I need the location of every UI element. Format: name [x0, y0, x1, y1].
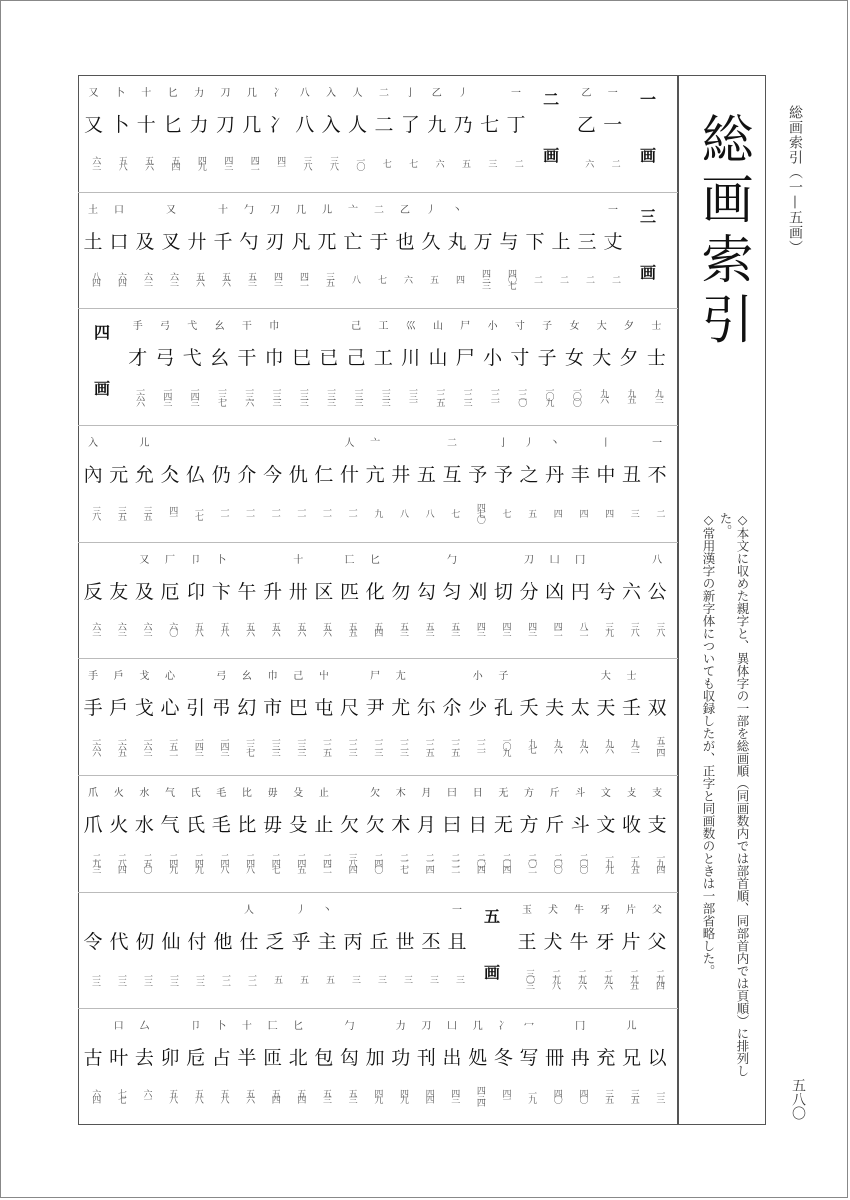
- stroke-count-heading: 一画: [626, 75, 670, 192]
- kanji-entry[interactable]: 凵出四三: [439, 1008, 465, 1125]
- kanji-entry[interactable]: 二于七: [366, 192, 392, 309]
- kanji-entry[interactable]: 丨中四: [593, 425, 619, 542]
- kanji-entry[interactable]: 刀刀四三: [212, 75, 238, 192]
- radical-label: 文: [593, 787, 619, 801]
- kanji-entry[interactable]: 口叶七七: [106, 1008, 132, 1125]
- kanji-entry[interactable]: 引一四三: [183, 658, 209, 775]
- kanji-character: 戈: [132, 696, 158, 720]
- radical-label: 丿: [450, 87, 476, 101]
- kanji-entry[interactable]: 手手一六六: [80, 658, 106, 775]
- kanji-entry[interactable]: 大大九六: [588, 308, 615, 425]
- kanji-entry[interactable]: 匕北五四: [285, 1008, 311, 1125]
- kanji-entry[interactable]: 夫九六: [542, 658, 568, 775]
- radical-label: [574, 204, 600, 218]
- page-reference: 三八: [80, 490, 106, 534]
- kanji-entry[interactable]: 女女一〇〇: [561, 308, 588, 425]
- radical-label: 屮: [311, 670, 337, 684]
- kanji-entry[interactable]: 八公三八: [644, 542, 670, 659]
- kanji-entry[interactable]: 乙也六: [392, 192, 418, 309]
- kanji-entry[interactable]: 斤斤二〇〇: [542, 775, 568, 892]
- kanji-entry[interactable]: 气气二四九: [157, 775, 183, 892]
- kanji-entry[interactable]: 匚匝五四: [260, 1008, 286, 1125]
- kanji-entry[interactable]: 六三八: [619, 542, 645, 659]
- radical-label: 殳: [285, 787, 311, 801]
- radical-label: 十: [234, 1020, 260, 1034]
- kanji-entry[interactable]: 卜占五八: [208, 1008, 234, 1125]
- kanji-character: 日: [465, 813, 491, 837]
- kanji-entry[interactable]: 比比二四八: [234, 775, 260, 892]
- kanji-character: 区: [311, 580, 337, 604]
- kanji-entry[interactable]: 己己一三三: [342, 308, 369, 425]
- kanji-character: 午: [234, 580, 260, 604]
- kanji-character: 川: [397, 346, 424, 370]
- page-reference: 六三: [80, 140, 106, 184]
- kanji-entry[interactable]: 丿久五: [418, 192, 444, 309]
- kanji-entry[interactable]: 太九六: [567, 658, 593, 775]
- kanji-entry[interactable]: 古六四: [80, 1008, 106, 1125]
- kanji-entry[interactable]: 几処四三四: [465, 1008, 491, 1125]
- kanji-entry[interactable]: 匸匹五五: [337, 542, 363, 659]
- radical-label: 一: [644, 437, 670, 451]
- kanji-entry[interactable]: 戈戈一六三: [132, 658, 158, 775]
- kanji-entry[interactable]: 干干一三六: [233, 308, 260, 425]
- kanji-entry[interactable]: 尸尸一二三: [452, 308, 479, 425]
- kanji-character: 于: [366, 230, 392, 254]
- kanji-character: 加: [362, 1046, 388, 1070]
- kanji-entry[interactable]: 儿允三五: [132, 425, 158, 542]
- kanji-entry[interactable]: 无无二〇四: [491, 775, 517, 892]
- kanji-entry[interactable]: 十千五六: [210, 192, 236, 309]
- kanji-entry[interactable]: 丙三: [340, 892, 366, 1009]
- kanji-entry[interactable]: 人什一一: [337, 425, 363, 542]
- kanji-entry[interactable]: 丰四: [567, 425, 593, 542]
- page-reference: 九五: [615, 373, 642, 417]
- kanji-character: 止: [311, 813, 337, 837]
- page-reference: 七: [397, 140, 423, 184]
- kanji-entry[interactable]: 冂円八二: [567, 542, 593, 659]
- kanji-entry[interactable]: 冂冉四〇: [567, 1008, 593, 1125]
- kanji-entry[interactable]: 十十五六: [133, 75, 159, 192]
- kanji-entry[interactable]: 介一一: [234, 425, 260, 542]
- kanji-entry[interactable]: 支支一九四: [644, 775, 670, 892]
- kanji-entry[interactable]: 冫冫四一: [265, 75, 291, 192]
- radical-label: 一: [600, 204, 626, 218]
- kanji-entry[interactable]: 牙牙二九六: [592, 892, 618, 1009]
- kanji-character: 北: [285, 1046, 311, 1070]
- kanji-entry[interactable]: 刈四三: [465, 542, 491, 659]
- radical-label: [337, 670, 363, 684]
- kanji-entry[interactable]: 又叉六三: [158, 192, 184, 309]
- kanji-entry[interactable]: 丑三: [619, 425, 645, 542]
- kanji-character: 分: [516, 580, 542, 604]
- kanji-entry[interactable]: 一丈二: [600, 192, 626, 309]
- kanji-entry[interactable]: 仌四一: [157, 425, 183, 542]
- kanji-entry[interactable]: 力功四九: [388, 1008, 414, 1125]
- kanji-entry[interactable]: 仞一三: [132, 892, 158, 1009]
- radical-label: [567, 670, 593, 684]
- kanji-entry[interactable]: 二二七: [371, 75, 397, 192]
- kanji-entry[interactable]: 廾五六: [184, 192, 210, 309]
- kanji-entry[interactable]: 刀分四三: [516, 542, 542, 659]
- kanji-entry[interactable]: 人人一〇: [344, 75, 370, 192]
- kanji-entry[interactable]: 尢尤一二三: [388, 658, 414, 775]
- radical-label: 人: [337, 437, 363, 451]
- kanji-character: 欠: [337, 813, 363, 837]
- kanji-entry[interactable]: 丿乎五: [288, 892, 314, 1009]
- kanji-entry[interactable]: 双五三四: [644, 658, 670, 775]
- kanji-character: 八: [292, 113, 318, 137]
- kanji-character: 勾: [414, 580, 440, 604]
- kanji-character: 大: [588, 346, 615, 370]
- kanji-entry[interactable]: 弓弔一四三: [208, 658, 234, 775]
- kanji-entry[interactable]: 山山一二五: [424, 308, 451, 425]
- kanji-entry[interactable]: 充三五: [593, 1008, 619, 1125]
- kanji-entry[interactable]: 反六三: [80, 542, 106, 659]
- kanji-entry[interactable]: 又又六三: [80, 75, 106, 192]
- kanji-character: 去: [132, 1046, 158, 1070]
- radical-label: 勹: [439, 554, 465, 568]
- kanji-entry[interactable]: 已一三三: [315, 308, 342, 425]
- running-head: 総画索引（一—五画）: [785, 105, 805, 255]
- kanji-entry[interactable]: 口口六四: [106, 192, 132, 309]
- kanji-entry[interactable]: 士壬九三: [619, 658, 645, 775]
- radical-label: 戶: [106, 670, 132, 684]
- kanji-entry[interactable]: 巾市一三三: [260, 658, 286, 775]
- kanji-entry[interactable]: 日日二〇四: [465, 775, 491, 892]
- kanji-entry[interactable]: 亠亡八: [340, 192, 366, 309]
- page-reference: 一三七: [206, 373, 233, 417]
- kanji-entry[interactable]: 欠三八四: [337, 775, 363, 892]
- kanji-entry[interactable]: 他一二: [210, 892, 236, 1009]
- kanji-entry[interactable]: 勹匀五三: [439, 542, 465, 659]
- kanji-entry[interactable]: 一且三: [444, 892, 470, 1009]
- kanji-entry[interactable]: 世三: [392, 892, 418, 1009]
- page-reference: 九三: [643, 373, 670, 417]
- kanji-entry[interactable]: 一丁二: [503, 75, 529, 192]
- radical-label: 十: [133, 87, 159, 101]
- kanji-entry[interactable]: 尓一二五: [414, 658, 440, 775]
- kanji-entry[interactable]: 令一三: [80, 892, 106, 1009]
- page-reference: 七: [371, 140, 397, 184]
- kanji-entry[interactable]: 欠欠二四〇: [362, 775, 388, 892]
- kanji-entry[interactable]: 八八三八: [292, 75, 318, 192]
- kanji-entry[interactable]: 幺幻一三七: [234, 658, 260, 775]
- kanji-entry[interactable]: 工工一三三: [370, 308, 397, 425]
- kanji-entry[interactable]: 亅了七: [397, 75, 423, 192]
- page-reference: 一六六: [80, 723, 106, 767]
- kanji-character: 壬: [619, 696, 645, 720]
- kanji-entry[interactable]: 人仕一二: [236, 892, 262, 1009]
- kanji-entry[interactable]: 二互七: [439, 425, 465, 542]
- page-reference: 一四三: [151, 373, 178, 417]
- kanji-entry[interactable]: 玉王三〇三: [514, 892, 540, 1009]
- kanji-entry[interactable]: 夕夕九五: [615, 308, 642, 425]
- kanji-entry[interactable]: 夭九七: [516, 658, 542, 775]
- kanji-entry[interactable]: 尺一二三: [337, 658, 363, 775]
- kanji-entry[interactable]: 一一二: [600, 75, 626, 192]
- kanji-entry[interactable]: 丕三: [418, 892, 444, 1009]
- kanji-entry[interactable]: 勾五三: [414, 542, 440, 659]
- kanji-character: 勿: [388, 580, 414, 604]
- kanji-entry[interactable]: 子子一〇九: [534, 308, 561, 425]
- kanji-entry[interactable]: 丶丸四: [444, 192, 470, 309]
- kanji-entry[interactable]: 丿之五: [516, 425, 542, 542]
- kanji-entry[interactable]: 小小一二一: [479, 308, 506, 425]
- kanji-entry[interactable]: 包五三: [311, 1008, 337, 1125]
- kanji-character: 功: [388, 1046, 414, 1070]
- kanji-entry[interactable]: 仁一一: [311, 425, 337, 542]
- kanji-character: 己: [342, 346, 369, 370]
- kanji-entry[interactable]: 入入三八: [318, 75, 344, 192]
- kanji-character: 仙: [158, 930, 184, 954]
- kanji-character: 氏: [183, 813, 209, 837]
- radical-label: 攴: [619, 787, 645, 801]
- kanji-entry[interactable]: 戶戶一六五: [106, 658, 132, 775]
- kanji-entry[interactable]: 子孔一〇九: [491, 658, 517, 775]
- kanji-entry[interactable]: 大天九六: [593, 658, 619, 775]
- kanji-entry[interactable]: 止止二四二: [311, 775, 337, 892]
- kanji-character: 殳: [285, 813, 311, 837]
- kanji-entry[interactable]: 斗斗二〇〇: [567, 775, 593, 892]
- kanji-entry[interactable]: 殳殳二四五: [285, 775, 311, 892]
- kanji-entry[interactable]: 万四三三: [470, 192, 496, 309]
- radical-label: [414, 670, 440, 684]
- kanji-entry[interactable]: 卩卮五八: [183, 1008, 209, 1125]
- kanji-entry[interactable]: 毛毛二四八: [208, 775, 234, 892]
- kanji-character: 刊: [414, 1046, 440, 1070]
- kanji-entry[interactable]: 士士九三: [643, 308, 670, 425]
- kanji-entry[interactable]: 爪爪二九三: [80, 775, 106, 892]
- kanji-entry[interactable]: 卜卞五八: [208, 542, 234, 659]
- kanji-entry[interactable]: 仍一一: [208, 425, 234, 542]
- kanji-character: 木: [388, 813, 414, 837]
- kanji-entry[interactable]: 刀刃四三: [262, 192, 288, 309]
- kanji-character: 尸: [452, 346, 479, 370]
- kanji-entry[interactable]: 付一三: [184, 892, 210, 1009]
- kanji-entry[interactable]: 片片二九五: [618, 892, 644, 1009]
- radical-label: 一: [503, 87, 529, 101]
- index-row: 双五三四士壬九三大天九六太九六夫九六夭九七子孔一〇九小少一二一尒一二五尓一二五尢…: [78, 658, 678, 775]
- kanji-entry[interactable]: 卯五八: [157, 1008, 183, 1125]
- kanji-entry[interactable]: 代一三: [106, 892, 132, 1009]
- note-line: ◇本文に収めた親字と、異体字の一部を総画順（同画数内では部首順、同部首内では頁順…: [717, 512, 751, 1092]
- radical-label: 儿: [314, 204, 340, 218]
- kanji-entry[interactable]: 友六三: [106, 542, 132, 659]
- kanji-character: 与: [496, 230, 522, 254]
- radical-label: [542, 670, 568, 684]
- kanji-entry[interactable]: 仙一三: [158, 892, 184, 1009]
- kanji-entry[interactable]: 亅予七: [491, 425, 517, 542]
- kanji-entry[interactable]: 文文一九九: [593, 775, 619, 892]
- page-reference: 五: [450, 140, 476, 184]
- kanji-entry[interactable]: 午五六: [234, 542, 260, 659]
- radical-label: 日: [465, 787, 491, 801]
- kanji-entry[interactable]: 十卅五六: [285, 542, 311, 659]
- page-title: 総画索引: [692, 112, 752, 352]
- radical-label: 巾: [261, 320, 288, 334]
- kanji-entry[interactable]: 心心一五二: [157, 658, 183, 775]
- kanji-character: 山: [424, 346, 451, 370]
- page-reference: 八四: [80, 256, 106, 300]
- radical-label: 支: [644, 787, 670, 801]
- kanji-entry[interactable]: 犬犬二九八: [540, 892, 566, 1009]
- kanji-character: 手: [80, 696, 106, 720]
- kanji-entry[interactable]: 乙九六: [424, 75, 450, 192]
- radical-label: [184, 204, 210, 218]
- kanji-character: 仌: [157, 463, 183, 487]
- kanji-character: 千: [210, 230, 236, 254]
- kanji-entry[interactable]: 区五六: [311, 542, 337, 659]
- kanji-entry[interactable]: 仇一一: [285, 425, 311, 542]
- kanji-entry[interactable]: 屮屯一二五: [311, 658, 337, 775]
- index-row: 支支一九四攴收一九五文文一九九斗斗二〇〇斤斤二〇〇方方二〇二无无二〇四日日二〇四…: [78, 775, 678, 892]
- kanji-entry[interactable]: 小少一二一: [465, 658, 491, 775]
- kanji-character: 丕: [418, 930, 444, 954]
- kanji-entry[interactable]: 父父二九四: [644, 892, 670, 1009]
- kanji-entry[interactable]: 三二: [574, 192, 600, 309]
- kanji-entry[interactable]: 己巴一三三: [285, 658, 311, 775]
- radical-label: 丶: [542, 437, 568, 451]
- kanji-entry[interactable]: 弓弓一四三: [151, 308, 178, 425]
- kanji-entry[interactable]: 几凡四二: [288, 192, 314, 309]
- kanji-entry[interactable]: 仏一七: [183, 425, 209, 542]
- kanji-entry[interactable]: 与四〇七: [496, 192, 522, 309]
- kanji-entry[interactable]: 儿兄三五: [619, 1008, 645, 1125]
- page-reference: 二九三: [80, 840, 106, 884]
- radical-label: 爪: [80, 787, 106, 801]
- kanji-entry[interactable]: 五八: [414, 425, 440, 542]
- kanji-entry[interactable]: 刀刊四四: [414, 1008, 440, 1125]
- kanji-character: 六: [619, 580, 645, 604]
- kanji-entry[interactable]: 攴收一九五: [619, 775, 645, 892]
- kanji-entry[interactable]: 丿乃五: [450, 75, 476, 192]
- kanji-character: 処: [465, 1046, 491, 1070]
- kanji-entry[interactable]: 儿兀三五: [314, 192, 340, 309]
- kanji-character: 入: [318, 113, 344, 137]
- kanji-entry[interactable]: 氏氏二四九: [183, 775, 209, 892]
- kanji-entry[interactable]: 亠亢九: [362, 425, 388, 542]
- kanji-entry[interactable]: 七三: [476, 75, 502, 192]
- kanji-character: 十: [133, 113, 159, 137]
- index-row: 士士九三夕夕九五大大九六女女一〇〇子子一〇九寸寸一二〇小小一二一尸尸一二三山山一…: [78, 308, 678, 425]
- kanji-entry[interactable]: 丶丹四: [542, 425, 568, 542]
- kanji-character: 仍: [208, 463, 234, 487]
- kanji-entry[interactable]: 卩卬五八: [183, 542, 209, 659]
- radical-label: 无: [491, 787, 517, 801]
- page-reference: 一〇: [344, 140, 370, 184]
- kanji-entry[interactable]: 丘三: [366, 892, 392, 1009]
- kanji-entry[interactable]: 十半五六: [234, 1008, 260, 1125]
- radical-label: [80, 554, 106, 568]
- kanji-entry[interactable]: 卜卜五八: [107, 75, 133, 192]
- kanji-entry[interactable]: 手才一六六: [124, 308, 151, 425]
- kanji-entry[interactable]: 水水二五〇: [132, 775, 158, 892]
- kanji-entry[interactable]: 力力四九: [186, 75, 212, 192]
- kanji-entry[interactable]: 厶去六一: [132, 1008, 158, 1125]
- kanji-entry[interactable]: 元三五: [106, 425, 132, 542]
- kanji-entry[interactable]: 乙乙六: [573, 75, 599, 192]
- kanji-character: 廾: [184, 230, 210, 254]
- kanji-entry[interactable]: 巾巾一三三: [261, 308, 288, 425]
- radical-label: 欠: [362, 787, 388, 801]
- kanji-entry[interactable]: 毋毋二四七: [260, 775, 286, 892]
- kanji-entry[interactable]: 厂厄六〇: [157, 542, 183, 659]
- kanji-entry[interactable]: 加四九: [362, 1008, 388, 1125]
- kanji-entry[interactable]: 一不二: [644, 425, 670, 542]
- kanji-entry[interactable]: 井八: [388, 425, 414, 542]
- kanji-entry[interactable]: 上二: [548, 192, 574, 309]
- kanji-entry[interactable]: 兮三九: [593, 542, 619, 659]
- kanji-entry[interactable]: 入內三八: [80, 425, 106, 542]
- kanji-entry[interactable]: 牛牛二九六: [566, 892, 592, 1009]
- kanji-entry[interactable]: 今一一: [260, 425, 286, 542]
- kanji-entry[interactable]: 寸寸一二〇: [506, 308, 533, 425]
- kanji-entry[interactable]: 弋弋一四三: [179, 308, 206, 425]
- kanji-entry[interactable]: 升五六: [260, 542, 286, 659]
- page-reference: 一三三: [315, 373, 342, 417]
- kanji-entry[interactable]: 曰曰二二二: [439, 775, 465, 892]
- kanji-entry[interactable]: 尸尹一二三: [362, 658, 388, 775]
- row-cells: 三画一丈二三二上二下二与四〇七万四三三丶丸四丿久五乙也六二于七亠亡八儿兀三五几凡…: [80, 192, 670, 309]
- kanji-character: 丈: [600, 230, 626, 254]
- kanji-character: 工: [370, 346, 397, 370]
- kanji-entry[interactable]: 匕化五四: [362, 542, 388, 659]
- page-reference: 九六: [588, 373, 615, 417]
- kanji-character: 小: [479, 346, 506, 370]
- kanji-entry[interactable]: 丶主五: [314, 892, 340, 1009]
- kanji-entry[interactable]: 冊四〇: [542, 1008, 568, 1125]
- page-reference: 一三三: [288, 373, 315, 417]
- kanji-entry[interactable]: 火火二八四: [106, 775, 132, 892]
- kanji-entry[interactable]: 又及六三: [132, 542, 158, 659]
- kanji-character: 乙: [573, 113, 599, 137]
- kanji-entry[interactable]: 以一三: [644, 1008, 670, 1125]
- kanji-character: 刈: [465, 580, 491, 604]
- kanji-entry[interactable]: 凵凶四二: [542, 542, 568, 659]
- kanji-entry[interactable]: 予四七〇: [465, 425, 491, 542]
- kanji-character: 欠: [362, 813, 388, 837]
- radical-label: 丿: [418, 204, 444, 218]
- kanji-entry[interactable]: 巛川一三一: [397, 308, 424, 425]
- radical-label: [567, 437, 593, 451]
- kanji-entry[interactable]: 木木二二七: [388, 775, 414, 892]
- kanji-entry[interactable]: 尒一二五: [439, 658, 465, 775]
- kanji-entry[interactable]: 冖写一九: [516, 1008, 542, 1125]
- kanji-character: 九: [424, 113, 450, 137]
- kanji-entry[interactable]: 及六三: [132, 192, 158, 309]
- kanji-entry[interactable]: 方方二〇二: [516, 775, 542, 892]
- kanji-entry[interactable]: 幺幺一三七: [206, 308, 233, 425]
- kanji-entry[interactable]: 土土八四: [80, 192, 106, 309]
- kanji-entry[interactable]: 月月二二四: [414, 775, 440, 892]
- kanji-entry[interactable]: 下二: [522, 192, 548, 309]
- stroke-count-number: 四: [80, 320, 124, 343]
- kanji-entry[interactable]: 乏五: [262, 892, 288, 1009]
- kanji-character: 文: [593, 813, 619, 837]
- kanji-entry[interactable]: 勹勺五三: [236, 192, 262, 309]
- radical-label: 父: [644, 904, 670, 918]
- kanji-entry[interactable]: 切四三: [491, 542, 517, 659]
- kanji-entry[interactable]: 冫冬四一: [491, 1008, 517, 1125]
- kanji-entry[interactable]: 勿五三: [388, 542, 414, 659]
- radical-label: 匚: [260, 1020, 286, 1034]
- stroke-count-number: 一: [626, 87, 670, 110]
- kanji-entry[interactable]: 匕匕五四: [160, 75, 186, 192]
- kanji-entry[interactable]: 勹匃五三: [337, 1008, 363, 1125]
- radical-label: 人: [344, 87, 370, 101]
- kanji-entry[interactable]: 巳一三三: [288, 308, 315, 425]
- kanji-entry[interactable]: 几几四二: [239, 75, 265, 192]
